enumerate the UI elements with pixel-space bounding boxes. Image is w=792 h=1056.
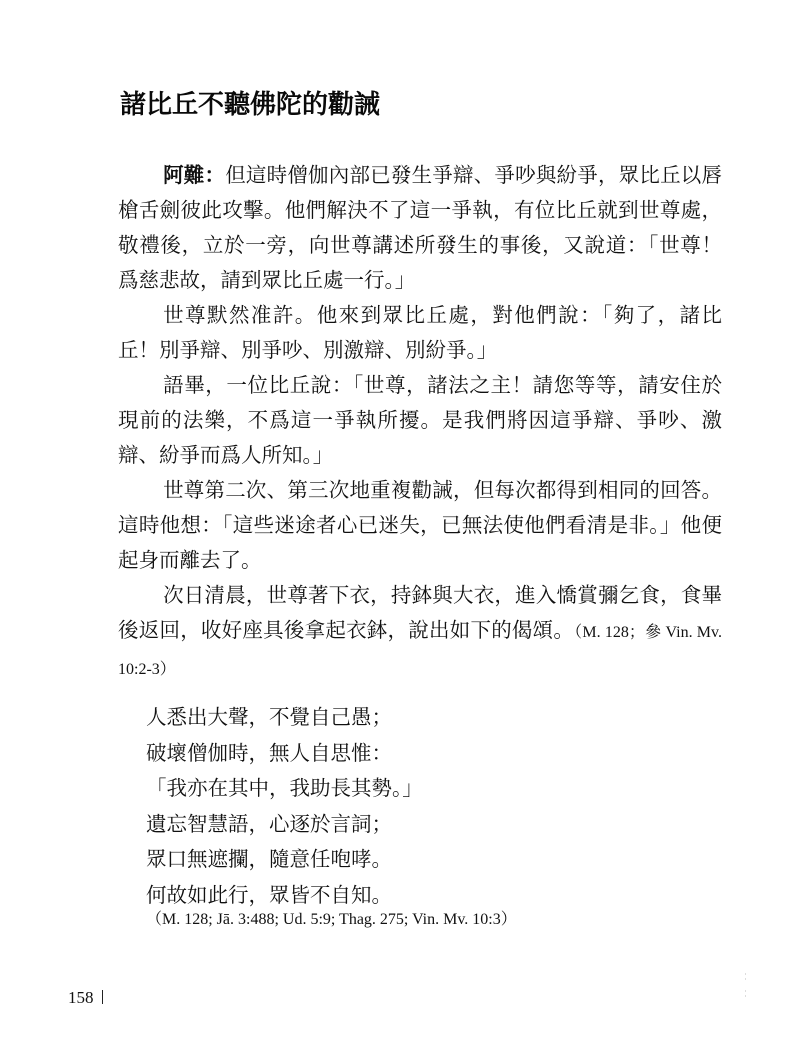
- paragraph: 語畢，一位比丘說：「世尊，諸法之主！請您等等，請安住於現前的法樂，不爲這一爭執所…: [118, 368, 722, 473]
- scan-artifact: [745, 990, 746, 992]
- verse-line: 人悉出大聲，不覺自己愚；: [146, 700, 423, 736]
- verse-line: 眾口無遮攔，隨意任咆哮。: [146, 842, 423, 878]
- body-text: 阿難：但這時僧伽內部已發生爭辯、爭吵與紛爭，眾比丘以唇槍舌劍彼此攻擊。他們解決不…: [118, 158, 722, 687]
- verse-citation: （M. 128; Jā. 3:488; Ud. 5:9; Thag. 275; …: [146, 906, 517, 929]
- paragraph-ananda: 阿難：但這時僧伽內部已發生爭辯、爭吵與紛爭，眾比丘以唇槍舌劍彼此攻擊。他們解決不…: [118, 158, 722, 298]
- paragraph: 次日清晨，世尊著下衣，持鉢與大衣，進入憍賞彌乞食，食畢後返回，收好座具後拿起衣鉢…: [118, 578, 722, 687]
- scan-artifact: [745, 973, 746, 975]
- verse-line: 破壞僧伽時，無人自思惟：: [146, 736, 423, 772]
- paragraph: 世尊默然准許。他來到眾比丘處，對他們說：「夠了，諸比丘！別爭辯、別爭吵、別激辯、…: [118, 298, 722, 368]
- speaker-label: 阿難：: [163, 163, 225, 187]
- page-number-value: 158: [68, 988, 94, 1007]
- scan-artifact: [745, 978, 746, 980]
- page-number-divider: [102, 990, 103, 1004]
- verse-block: 人悉出大聲，不覺自己愚； 破壞僧伽時，無人自思惟： 「我亦在其中，我助長其勢。」…: [146, 700, 423, 913]
- page-number: 158: [68, 988, 103, 1008]
- page-title: 諸比丘不聽佛陀的勸誡: [120, 84, 380, 121]
- paragraph: 世尊第二次、第三次地重複勸誡，但每次都得到相同的回答。這時他想：「這些迷途者心已…: [118, 473, 722, 578]
- scan-artifact: [745, 995, 746, 997]
- verse-line: 「我亦在其中，我助長其勢。」: [146, 771, 423, 807]
- verse-line: 遺忘智慧語，心逐於言詞；: [146, 807, 423, 843]
